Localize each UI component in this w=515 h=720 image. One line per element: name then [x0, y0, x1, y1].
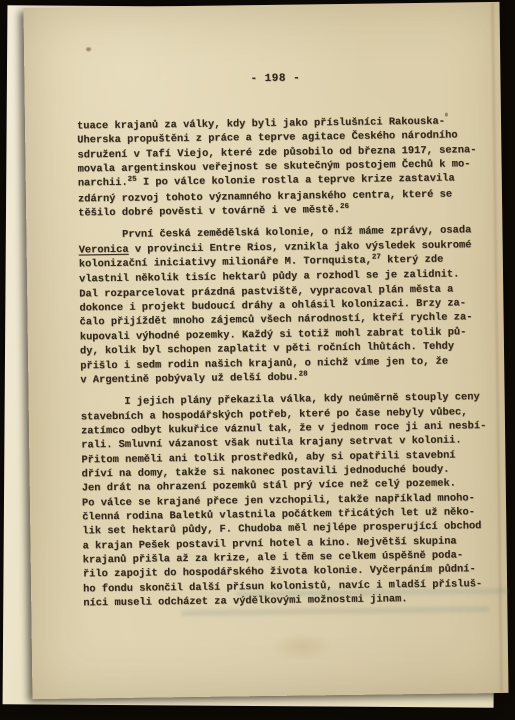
paper-stain — [445, 113, 448, 117]
body-paragraph: I jejich plány překazila válka, kdy neúm… — [81, 390, 489, 610]
footnote-ref: 26 — [340, 203, 349, 211]
text-run: I jejich plány překazila válka, kdy neúm… — [81, 391, 487, 609]
paper-stain — [86, 47, 91, 51]
footnote-ref: 28 — [299, 370, 308, 378]
paper-smudge — [270, 632, 334, 661]
footnote-ref: 27 — [372, 254, 381, 262]
underlined-term: Veronica — [79, 244, 129, 257]
document-page: - 198 - tuace krajanů za války, kdy byli… — [23, 2, 508, 699]
body-paragraph: První česká zemědělská kolonie, o níž má… — [78, 224, 485, 389]
text-run: který zde vlastnil několik tisíc hektarů… — [79, 254, 473, 387]
page-number: - 198 - — [250, 73, 300, 86]
body-text: tuace krajanů za války, kdy byli jako př… — [77, 114, 489, 611]
footnote-ref: 25 — [128, 176, 137, 184]
scanned-page-photo: - 198 - tuace krajanů za války, kdy byli… — [0, 0, 515, 720]
body-paragraph: tuace krajanů za války, kdy byli jako př… — [77, 114, 484, 222]
